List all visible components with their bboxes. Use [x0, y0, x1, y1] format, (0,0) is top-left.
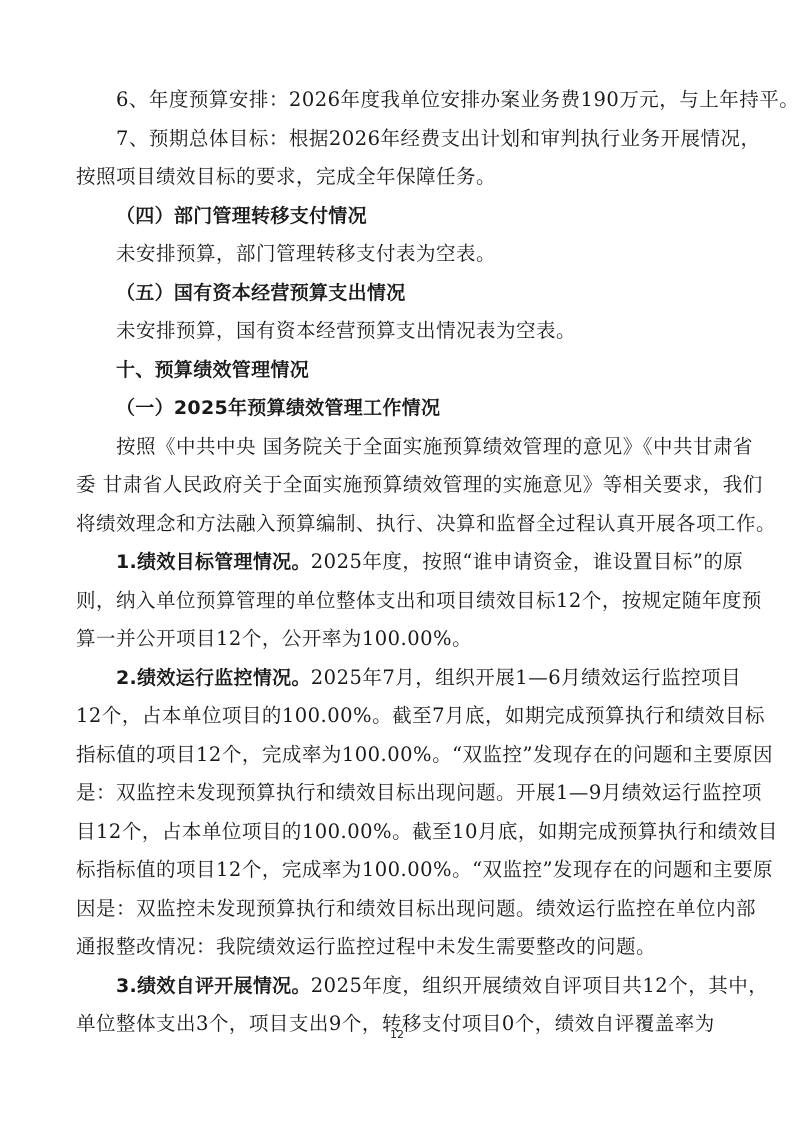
paragraph-budget-arrangement: 6、年度预算安排：2026年度我单位安排办案业务费190万元，与上年持平。: [76, 81, 720, 120]
paragraph-expected-goal-line-2: 按照项目绩效目标的要求，完成全年保障任务。: [76, 158, 720, 197]
paragraph-goal-management-line-3: 算一并公开项目12个，公开率为100.00%。: [76, 620, 720, 659]
paragraph-monitoring-line-8: 通报整改情况：我院绩效运行监控过程中未发生需要整改的问题。: [76, 928, 720, 967]
heading-state-capital-budget: （五）国有资本经营预算支出情况: [76, 274, 720, 313]
paragraph-monitoring-line-5: 目12个，占本单位项目的100.00%。截至10月底，如期完成预算执行和绩效目: [76, 813, 720, 852]
paragraph-monitoring-line-2: 12个，占本单位项目的100.00%。截至7月底，如期完成预算执行和绩效目标: [76, 697, 720, 736]
paragraph-department-transfer-payment: 未安排预算，部门管理转移支付表为空表。: [76, 235, 720, 274]
monitoring-text: 2025年7月，组织开展1—6月绩效运行监控项目: [311, 666, 741, 689]
lead-goal-management: 1.绩效目标管理情况。: [116, 551, 311, 573]
document-page: 6、年度预算安排：2026年度我单位安排办案业务费190万元，与上年持平。 7、…: [76, 81, 720, 1044]
lead-self-evaluation: 3.绩效自评开展情况。: [116, 975, 311, 997]
heading-department-transfer-payment: （四）部门管理转移支付情况: [76, 197, 720, 236]
lead-monitoring: 2.绩效运行监控情况。: [116, 667, 311, 689]
paragraph-monitoring-line-1: 2.绩效运行监控情况。2025年7月，组织开展1—6月绩效运行监控项目: [76, 659, 720, 698]
paragraph-monitoring-line-6: 标指标值的项目12个，完成率为100.00%。“双监控”发现存在的问题和主要原: [76, 851, 720, 890]
goal-management-text: 2025年度，按照“谁申请资金，谁设置目标”的原: [311, 550, 744, 573]
paragraph-monitoring-line-7: 因是：双监控未发现预算执行和绩效目标出现问题。绩效运行监控在单位内部: [76, 890, 720, 929]
heading-2025-performance-management: （一）2025年预算绩效管理工作情况: [76, 389, 720, 428]
paragraph-monitoring-line-4: 是：双监控未发现预算执行和绩效目标出现问题。开展1—9月绩效运行监控项: [76, 774, 720, 813]
paragraph-intro-line-3: 将绩效理念和方法融入预算编制、执行、决算和监督全过程认真开展各项工作。: [76, 505, 720, 544]
paragraph-monitoring-line-3: 指标值的项目12个，完成率为100.00%。“双监控”发现存在的问题和主要原因: [76, 736, 720, 775]
paragraph-expected-goal-line-1: 7、预期总体目标：根据2026年经费支出计划和审判执行业务开展情况，: [76, 120, 720, 159]
paragraph-self-evaluation-line-1: 3.绩效自评开展情况。2025年度，组织开展绩效自评项目共12个，其中，: [76, 967, 720, 1006]
paragraph-goal-management-line-1: 1.绩效目标管理情况。2025年度，按照“谁申请资金，谁设置目标”的原: [76, 543, 720, 582]
page-number: 12: [0, 1028, 794, 1041]
paragraph-state-capital-budget: 未安排预算，国有资本经营预算支出情况表为空表。: [76, 312, 720, 351]
paragraph-intro-line-2: 委 甘肃省人民政府关于全面实施预算绩效管理的实施意见》等相关要求，我们: [76, 466, 720, 505]
paragraph-goal-management-line-2: 则，纳入单位预算管理的单位整体支出和项目绩效目标12个，按规定随年度预: [76, 582, 720, 621]
self-evaluation-text: 2025年度，组织开展绩效自评项目共12个，其中，: [311, 974, 768, 997]
paragraph-intro-line-1: 按照《中共中央 国务院关于全面实施预算绩效管理的意见》《中共甘肃省: [76, 428, 720, 467]
heading-section-ten: 十、预算绩效管理情况: [76, 351, 720, 390]
